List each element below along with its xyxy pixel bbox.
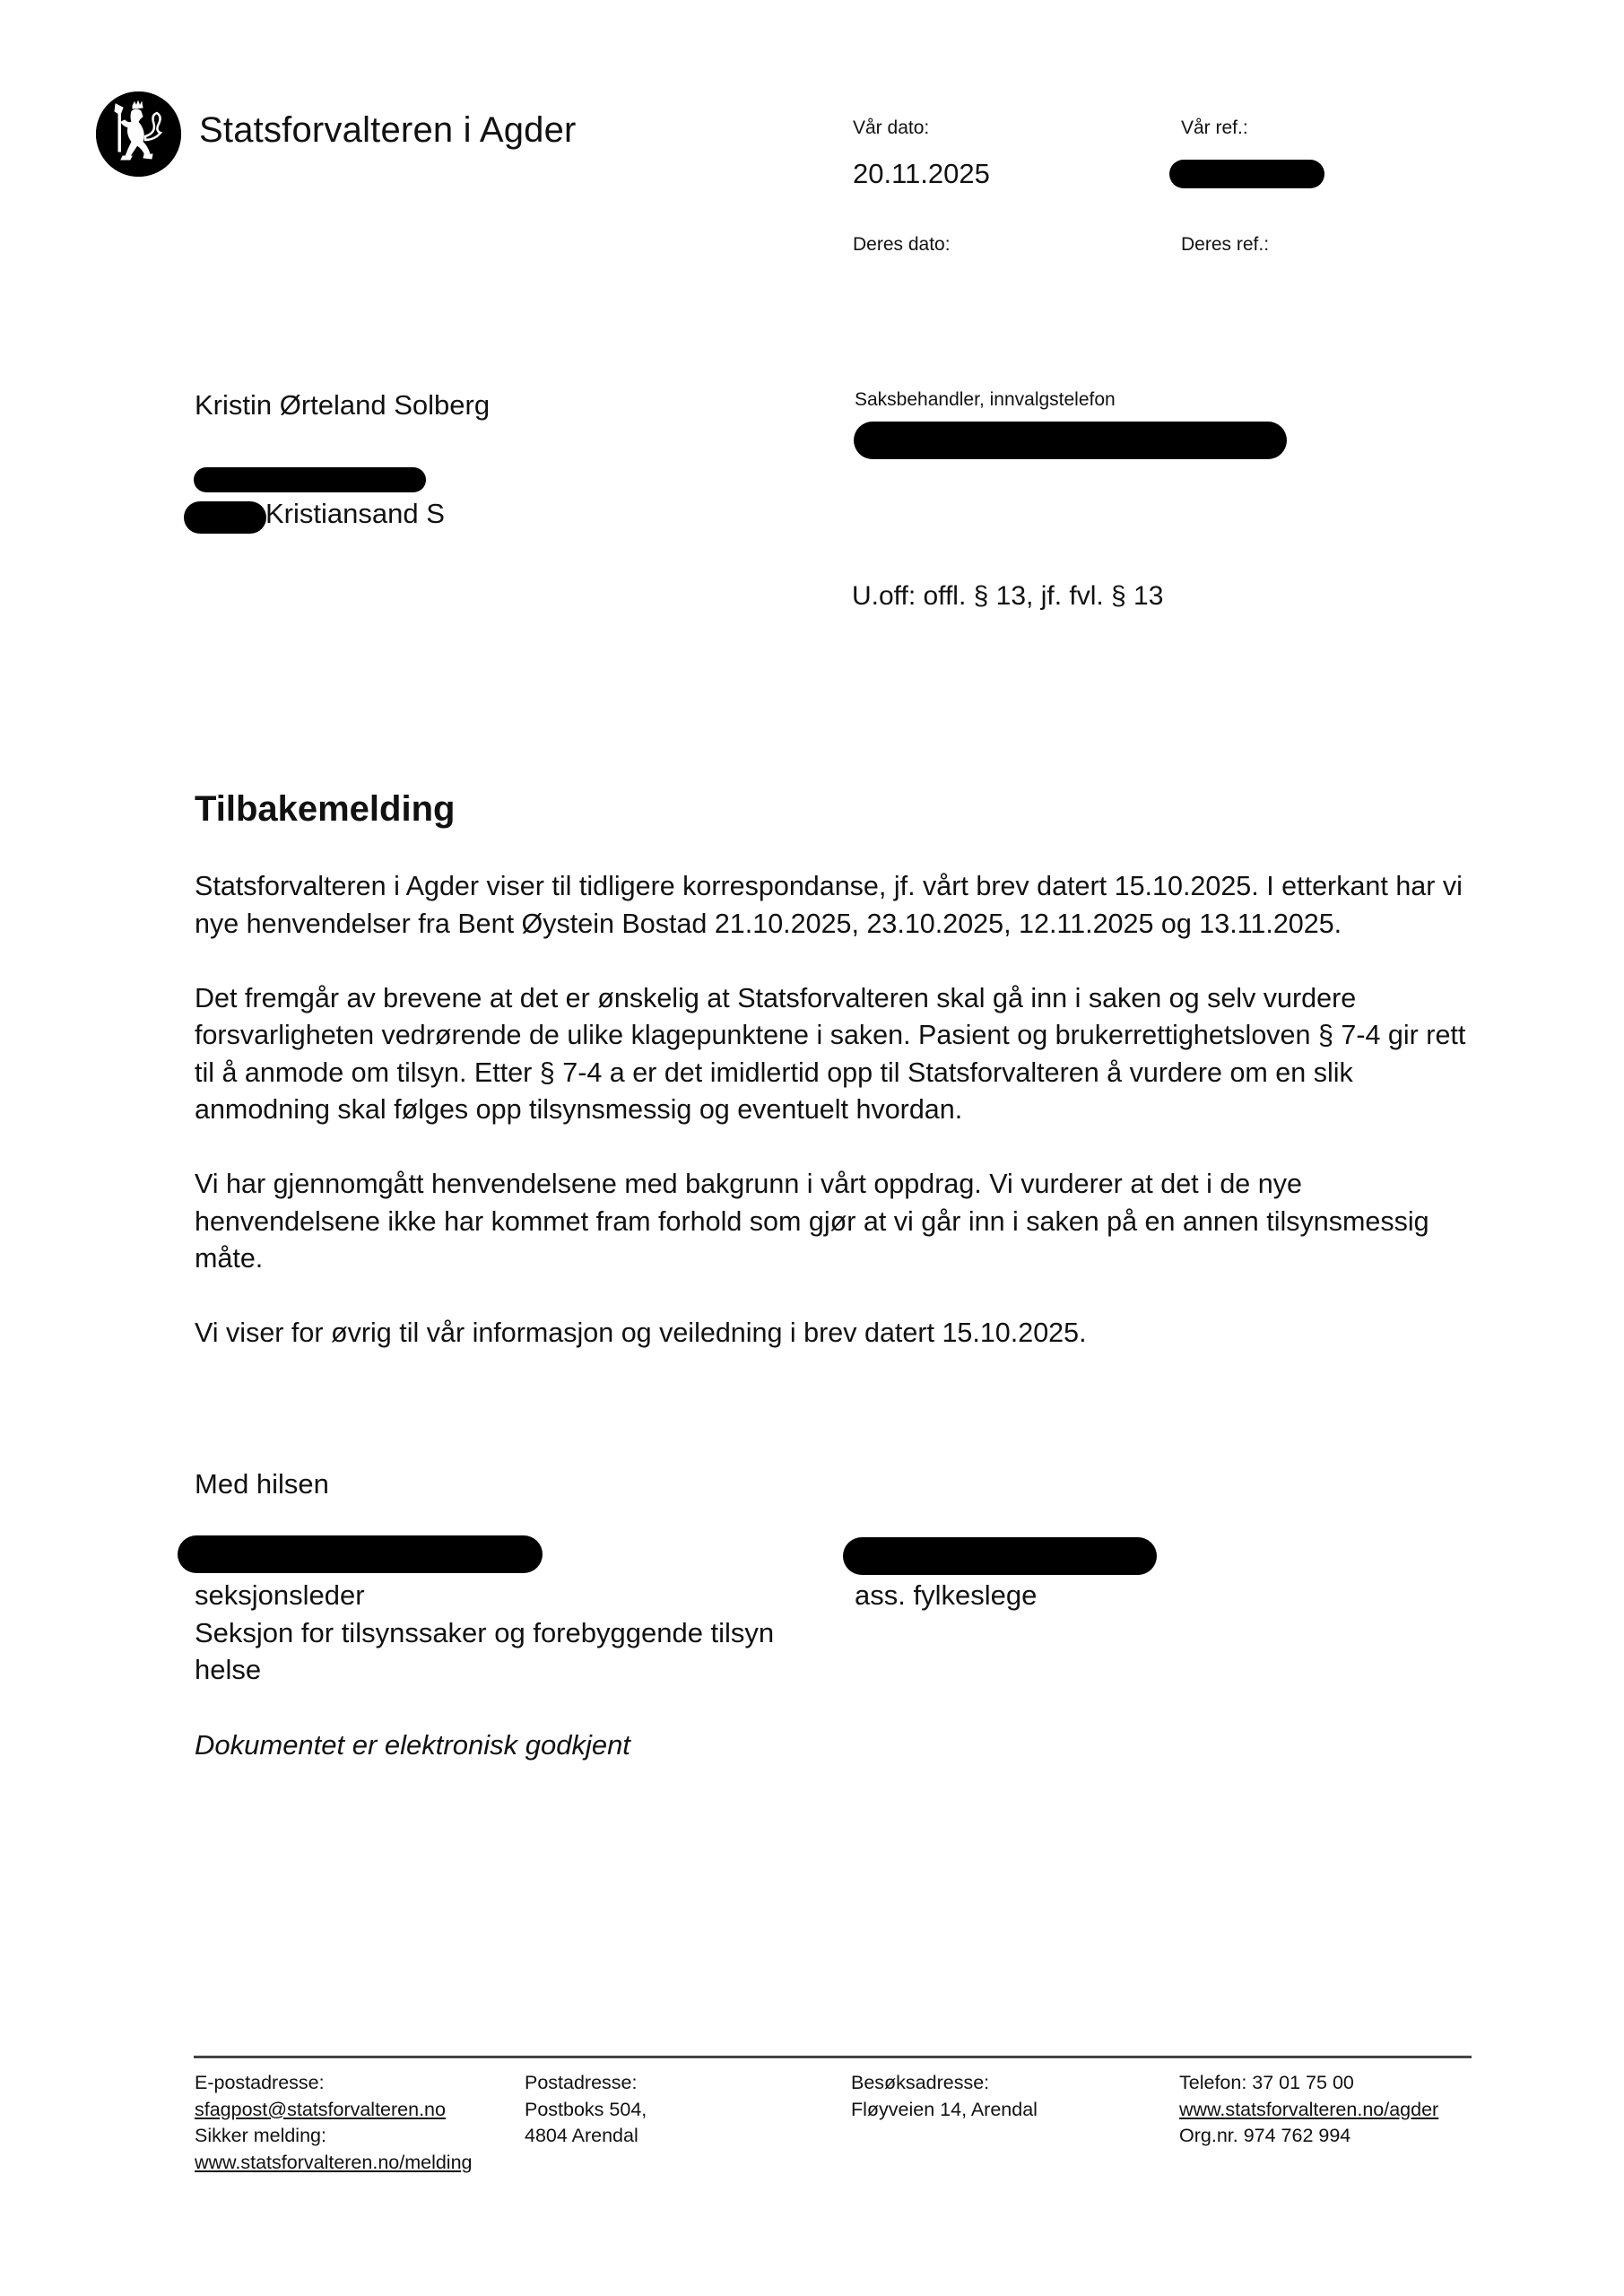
your-ref-label: Deres ref.: (1181, 234, 1269, 256)
footer-postal-column: Postadresse: Postboks 504, 4804 Arendal (525, 2070, 647, 2150)
classification-note: U.off: offl. § 13, jf. fvl. § 13 (852, 581, 1163, 612)
organization-name: Statsforvalteren i Agder (199, 110, 577, 151)
signatory-1-department: Seksjon for tilsynssaker og forebyggende… (195, 1614, 774, 1652)
paragraph-3: Vi har gjennomgått henvendelsene med bak… (195, 1166, 1486, 1278)
norwegian-lion-coat-of-arms-icon (96, 91, 181, 177)
footer-email-link[interactable]: sfagpost@statsforvalteren.no (195, 2097, 473, 2124)
electronic-approval-note: Dokumentet er elektronisk godkjent (195, 1726, 630, 1764)
footer-contact-column: E-postadresse: sfagpost@statsforvalteren… (195, 2070, 473, 2176)
signatory-2-title: ass. fylkeslege (855, 1577, 1037, 1614)
letter-title: Tilbakemelding (195, 789, 455, 830)
footer-divider (194, 2056, 1472, 2058)
letter-body: Statsforvalteren i Agder viser til tidli… (195, 868, 1486, 1389)
recipient-name: Kristin Ørteland Solberg (195, 389, 490, 422)
footer-postal-label: Postadresse: (525, 2070, 647, 2097)
signatory-2-name-redaction (843, 1537, 1157, 1575)
your-date-label: Deres dato: (853, 234, 951, 256)
footer-postal-line2: 4804 Arendal (525, 2123, 647, 2150)
our-ref-label: Vår ref.: (1181, 117, 1248, 139)
footer-visit-label: Besøksadresse: (851, 2070, 1038, 2097)
coat-of-arms-logo (96, 91, 181, 177)
paragraph-4: Vi viser for øvrig til vår informasjon o… (195, 1315, 1486, 1352)
our-date-label: Vår dato: (853, 117, 929, 139)
signatory-1-department-cont: helse (195, 1651, 261, 1689)
footer-visit-address: Fløyveien 14, Arendal (851, 2097, 1038, 2124)
case-handler-label: Saksbehandler, innvalgstelefon (855, 389, 1116, 411)
footer-postal-line1: Postboks 504, (525, 2097, 647, 2124)
footer-phone-column: Telefon: 37 01 75 00 www.statsforvaltere… (1179, 2070, 1438, 2150)
signatory-1-name-redaction (178, 1535, 543, 1573)
our-ref-redaction (1169, 160, 1324, 188)
footer-secure-label: Sikker melding: (195, 2123, 473, 2150)
footer-visit-column: Besøksadresse: Fløyveien 14, Arendal (851, 2070, 1038, 2123)
recipient-street-redaction (194, 467, 426, 492)
paragraph-1: Statsforvalteren i Agder viser til tidli… (195, 868, 1486, 943)
footer-phone: Telefon: 37 01 75 00 (1179, 2070, 1438, 2097)
our-date-value: 20.11.2025 (853, 158, 990, 190)
footer-website-link[interactable]: www.statsforvalteren.no/agder (1179, 2097, 1438, 2124)
case-handler-redaction (854, 422, 1287, 459)
recipient-postcode-redaction (184, 501, 266, 534)
footer-org-number: Org.nr. 974 762 994 (1179, 2123, 1438, 2150)
footer-secure-message-link[interactable]: www.statsforvalteren.no/melding (195, 2150, 473, 2177)
paragraph-2: Det fremgår av brevene at det er ønskeli… (195, 980, 1486, 1129)
closing-greeting: Med hilsen (195, 1465, 329, 1503)
recipient-city: Kristiansand S (265, 498, 445, 530)
signatory-1-title: seksjonsleder (195, 1577, 365, 1614)
footer-email-label: E-postadresse: (195, 2070, 473, 2097)
